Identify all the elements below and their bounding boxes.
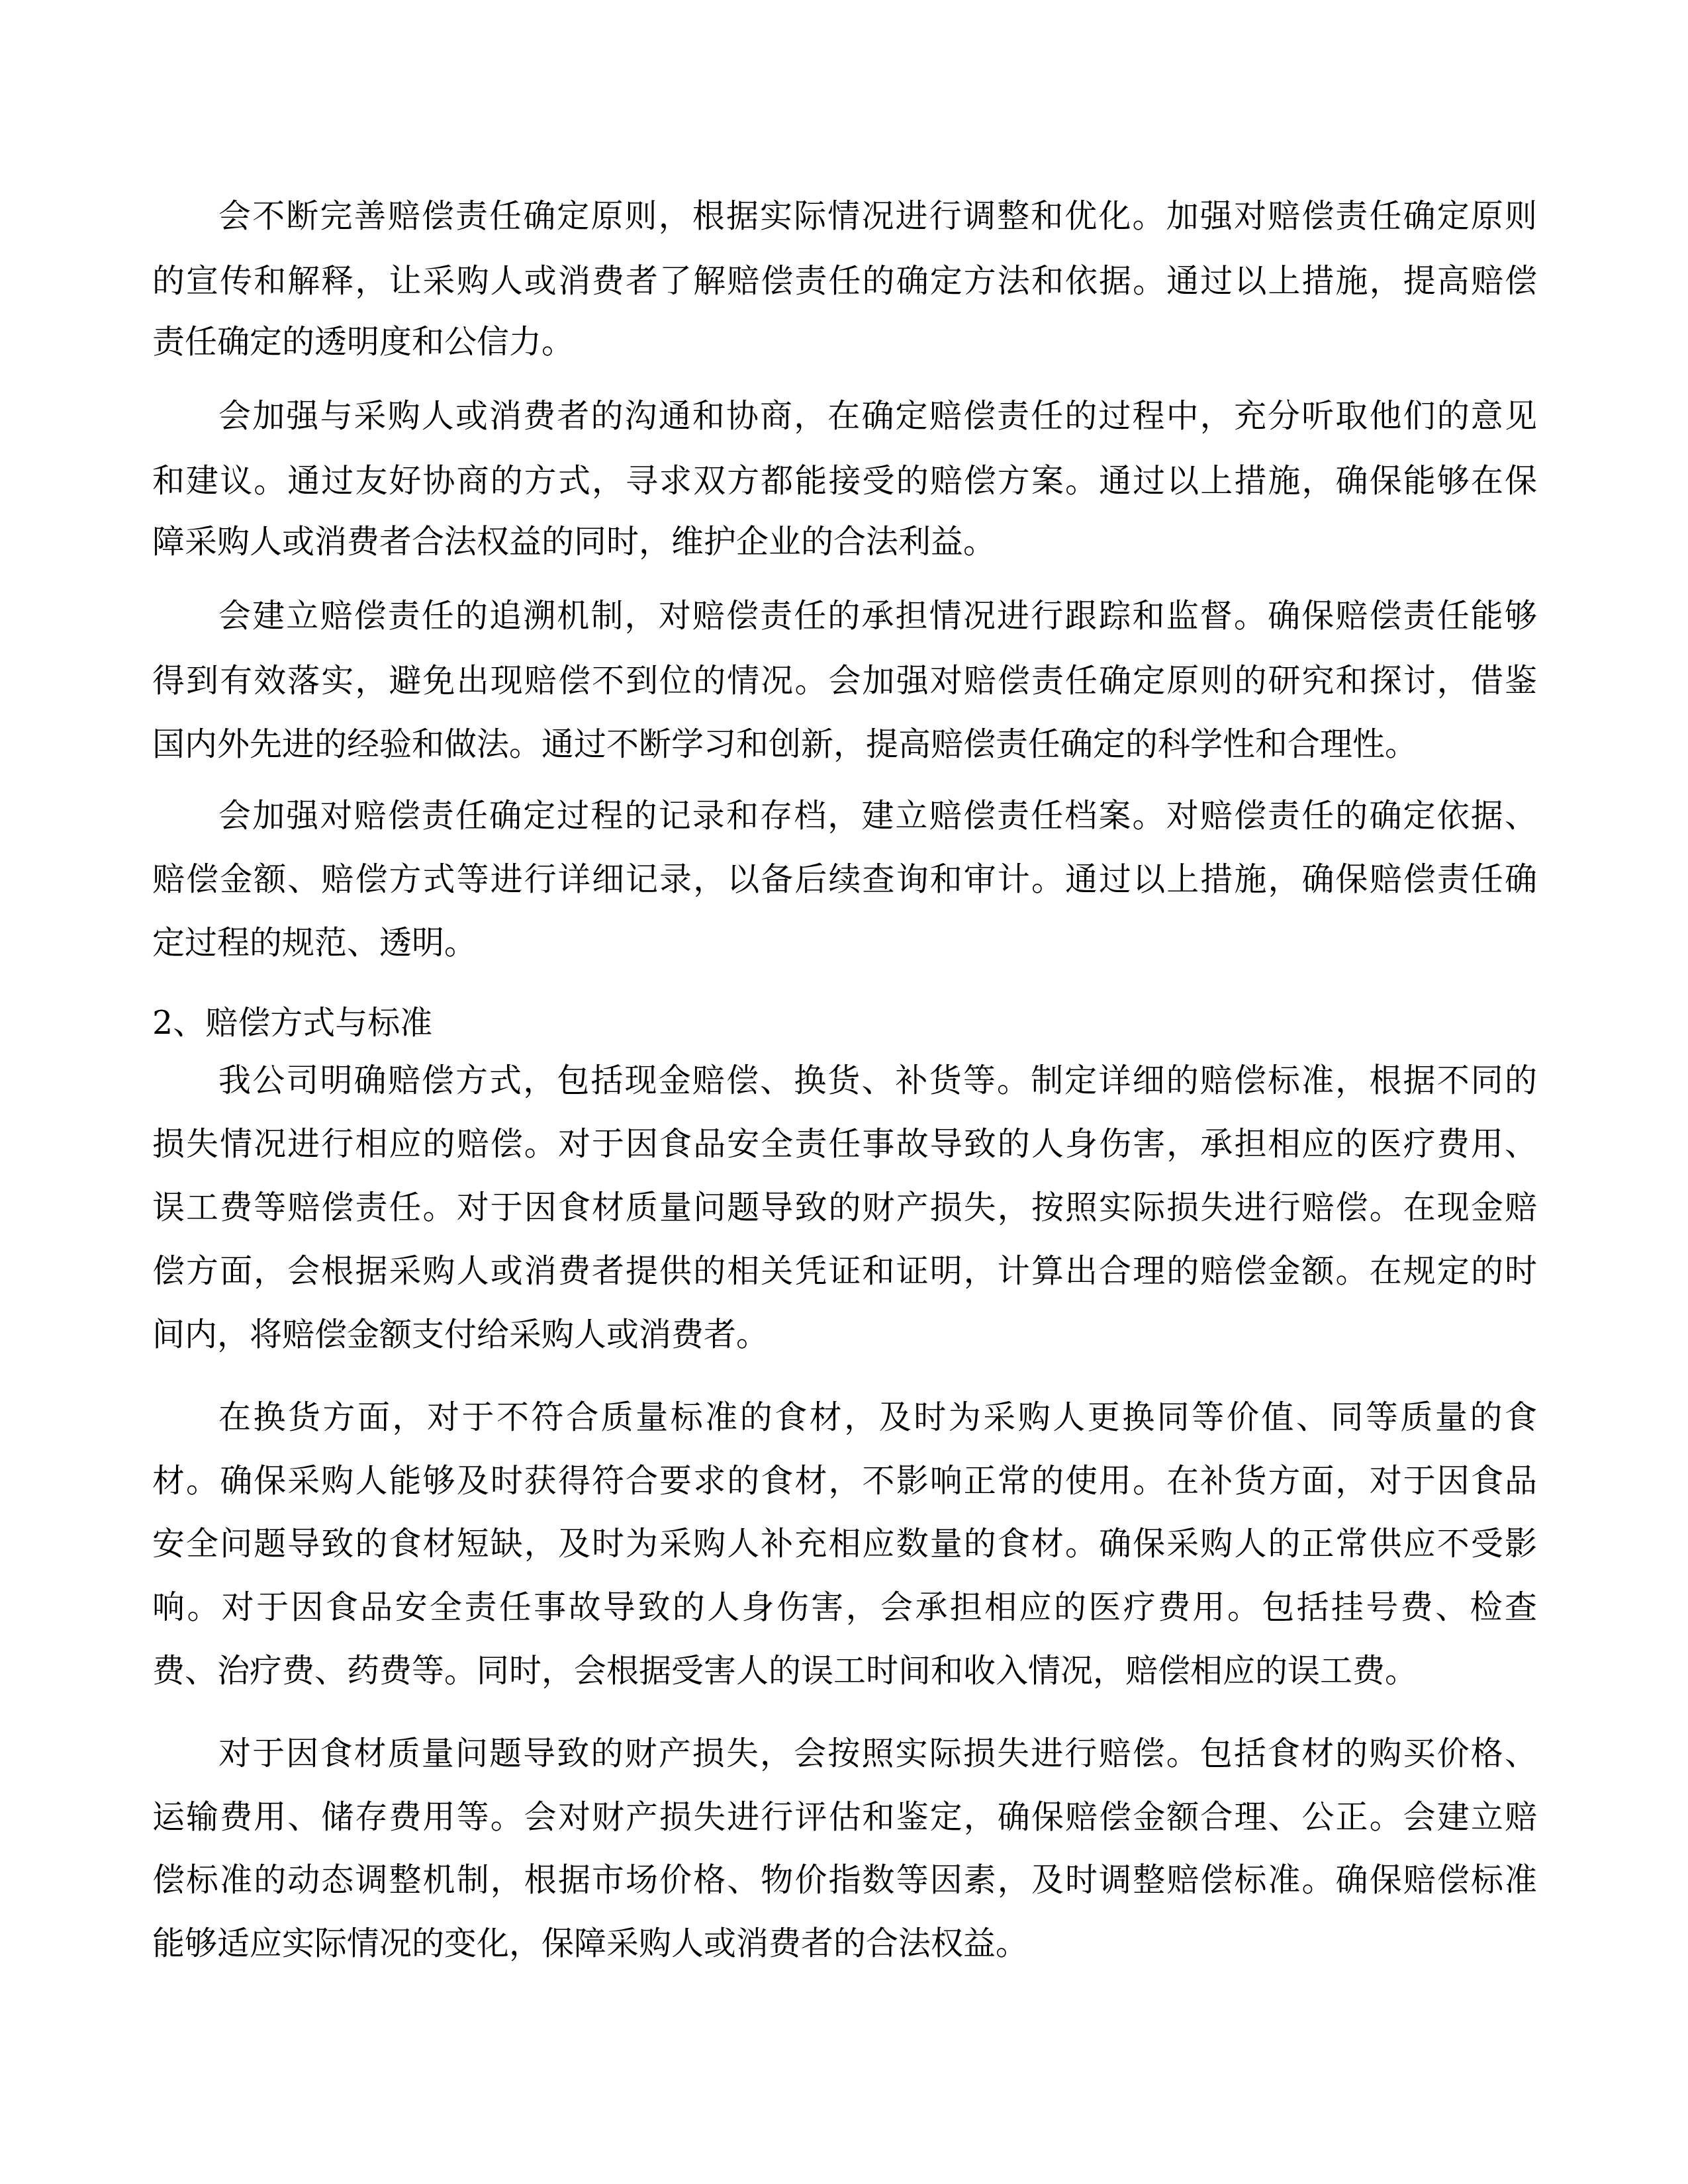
paragraph-line: 误工费等赔偿责任。对于因食材质量问题导致的财产损失，按照实际损失进行赔偿。在现金… [152,1188,1537,1228]
paragraph-line: 会加强对赔偿责任确定过程的记录和存档，建立赔偿责任档案。对赔偿责任的确定依据、 [218,796,1537,836]
paragraph-line: 偿标准的动态调整机制，根据市场价格、物价指数等因素，及时调整赔偿标准。确保赔偿标… [152,1860,1537,1900]
paragraph-line: 响。对于因食品安全责任事故导致的人身伤害，会承担相应的医疗费用。包括挂号费、检查 [152,1588,1537,1627]
paragraph-line: 责任确定的透明度和公信力。 [152,322,574,362]
paragraph-line: 损失情况进行相应的赔偿。对于因食品安全责任事故导致的人身伤害，承担相应的医疗费用… [152,1124,1537,1164]
paragraph-line: 国内外先进的经验和做法。通过不断学习和创新，提高赔偿责任确定的科学性和合理性。 [152,725,1417,764]
paragraph-line: 运输费用、储存费用等。会对财产损失进行评估和鉴定，确保赔偿金额合理、公正。会建立… [152,1797,1537,1837]
paragraph-line: 的宣传和解释，让采购人或消费者了解赔偿责任的确定方法和依据。通过以上措施，提高赔… [152,261,1537,301]
paragraph-line: 偿方面，会根据采购人或消费者提供的相关凭证和证明，计算出合理的赔偿金额。在规定的… [152,1251,1537,1291]
paragraph-line: 费、治疗费、药费等。同时，会根据受害人的误工时间和收入情况，赔偿相应的误工费。 [152,1651,1417,1691]
section-heading: 2、赔偿方式与标准 [152,1003,432,1043]
paragraph-line: 能够适应实际情况的变化，保障采购人或消费者的合法权益。 [152,1924,1028,1964]
paragraph-line: 材。确保采购人能够及时获得符合要求的食材，不影响正常的使用。在补货方面，对于因食… [152,1461,1537,1501]
paragraph-line: 定过程的规范、透明。 [152,923,477,963]
paragraph-line: 会建立赔偿责任的追溯机制，对赔偿责任的承担情况进行跟踪和监督。确保赔偿责任能够 [218,596,1537,636]
paragraph-line: 和建议。通过友好协商的方式，寻求双方都能接受的赔偿方案。通过以上措施，确保能够在… [152,461,1537,501]
paragraph-line: 我公司明确赔偿方式，包括现金赔偿、换货、补货等。制定详细的赔偿标准，根据不同的 [218,1061,1537,1101]
paragraph-line: 对于因食材质量问题导致的财产损失，会按照实际损失进行赔偿。包括食材的购买价格、 [218,1734,1537,1774]
paragraph-line: 会不断完善赔偿责任确定原则，根据实际情况进行调整和优化。加强对赔偿责任确定原则 [218,197,1537,236]
paragraph-line: 得到有效落实，避免出现赔偿不到位的情况。会加强对赔偿责任确定原则的研究和探讨，借… [152,661,1537,701]
paragraph-line: 在换货方面，对于不符合质量标准的食材，及时为采购人更换同等价值、同等质量的食 [218,1398,1537,1437]
paragraph-line: 障采购人或消费者合法权益的同时，维护企业的合法利益。 [152,522,996,562]
paragraph-line: 会加强与采购人或消费者的沟通和协商，在确定赔偿责任的过程中，充分听取他们的意见 [218,396,1537,436]
paragraph-line: 间内，将赔偿金额支付给采购人或消费者。 [152,1315,769,1355]
paragraph-line: 安全问题导致的食材短缺，及时为采购人补充相应数量的食材。确保采购人的正常供应不受… [152,1524,1537,1564]
paragraph-line: 赔偿金额、赔偿方式等进行详细记录，以备后续查询和审计。通过以上措施，确保赔偿责任… [152,860,1537,899]
